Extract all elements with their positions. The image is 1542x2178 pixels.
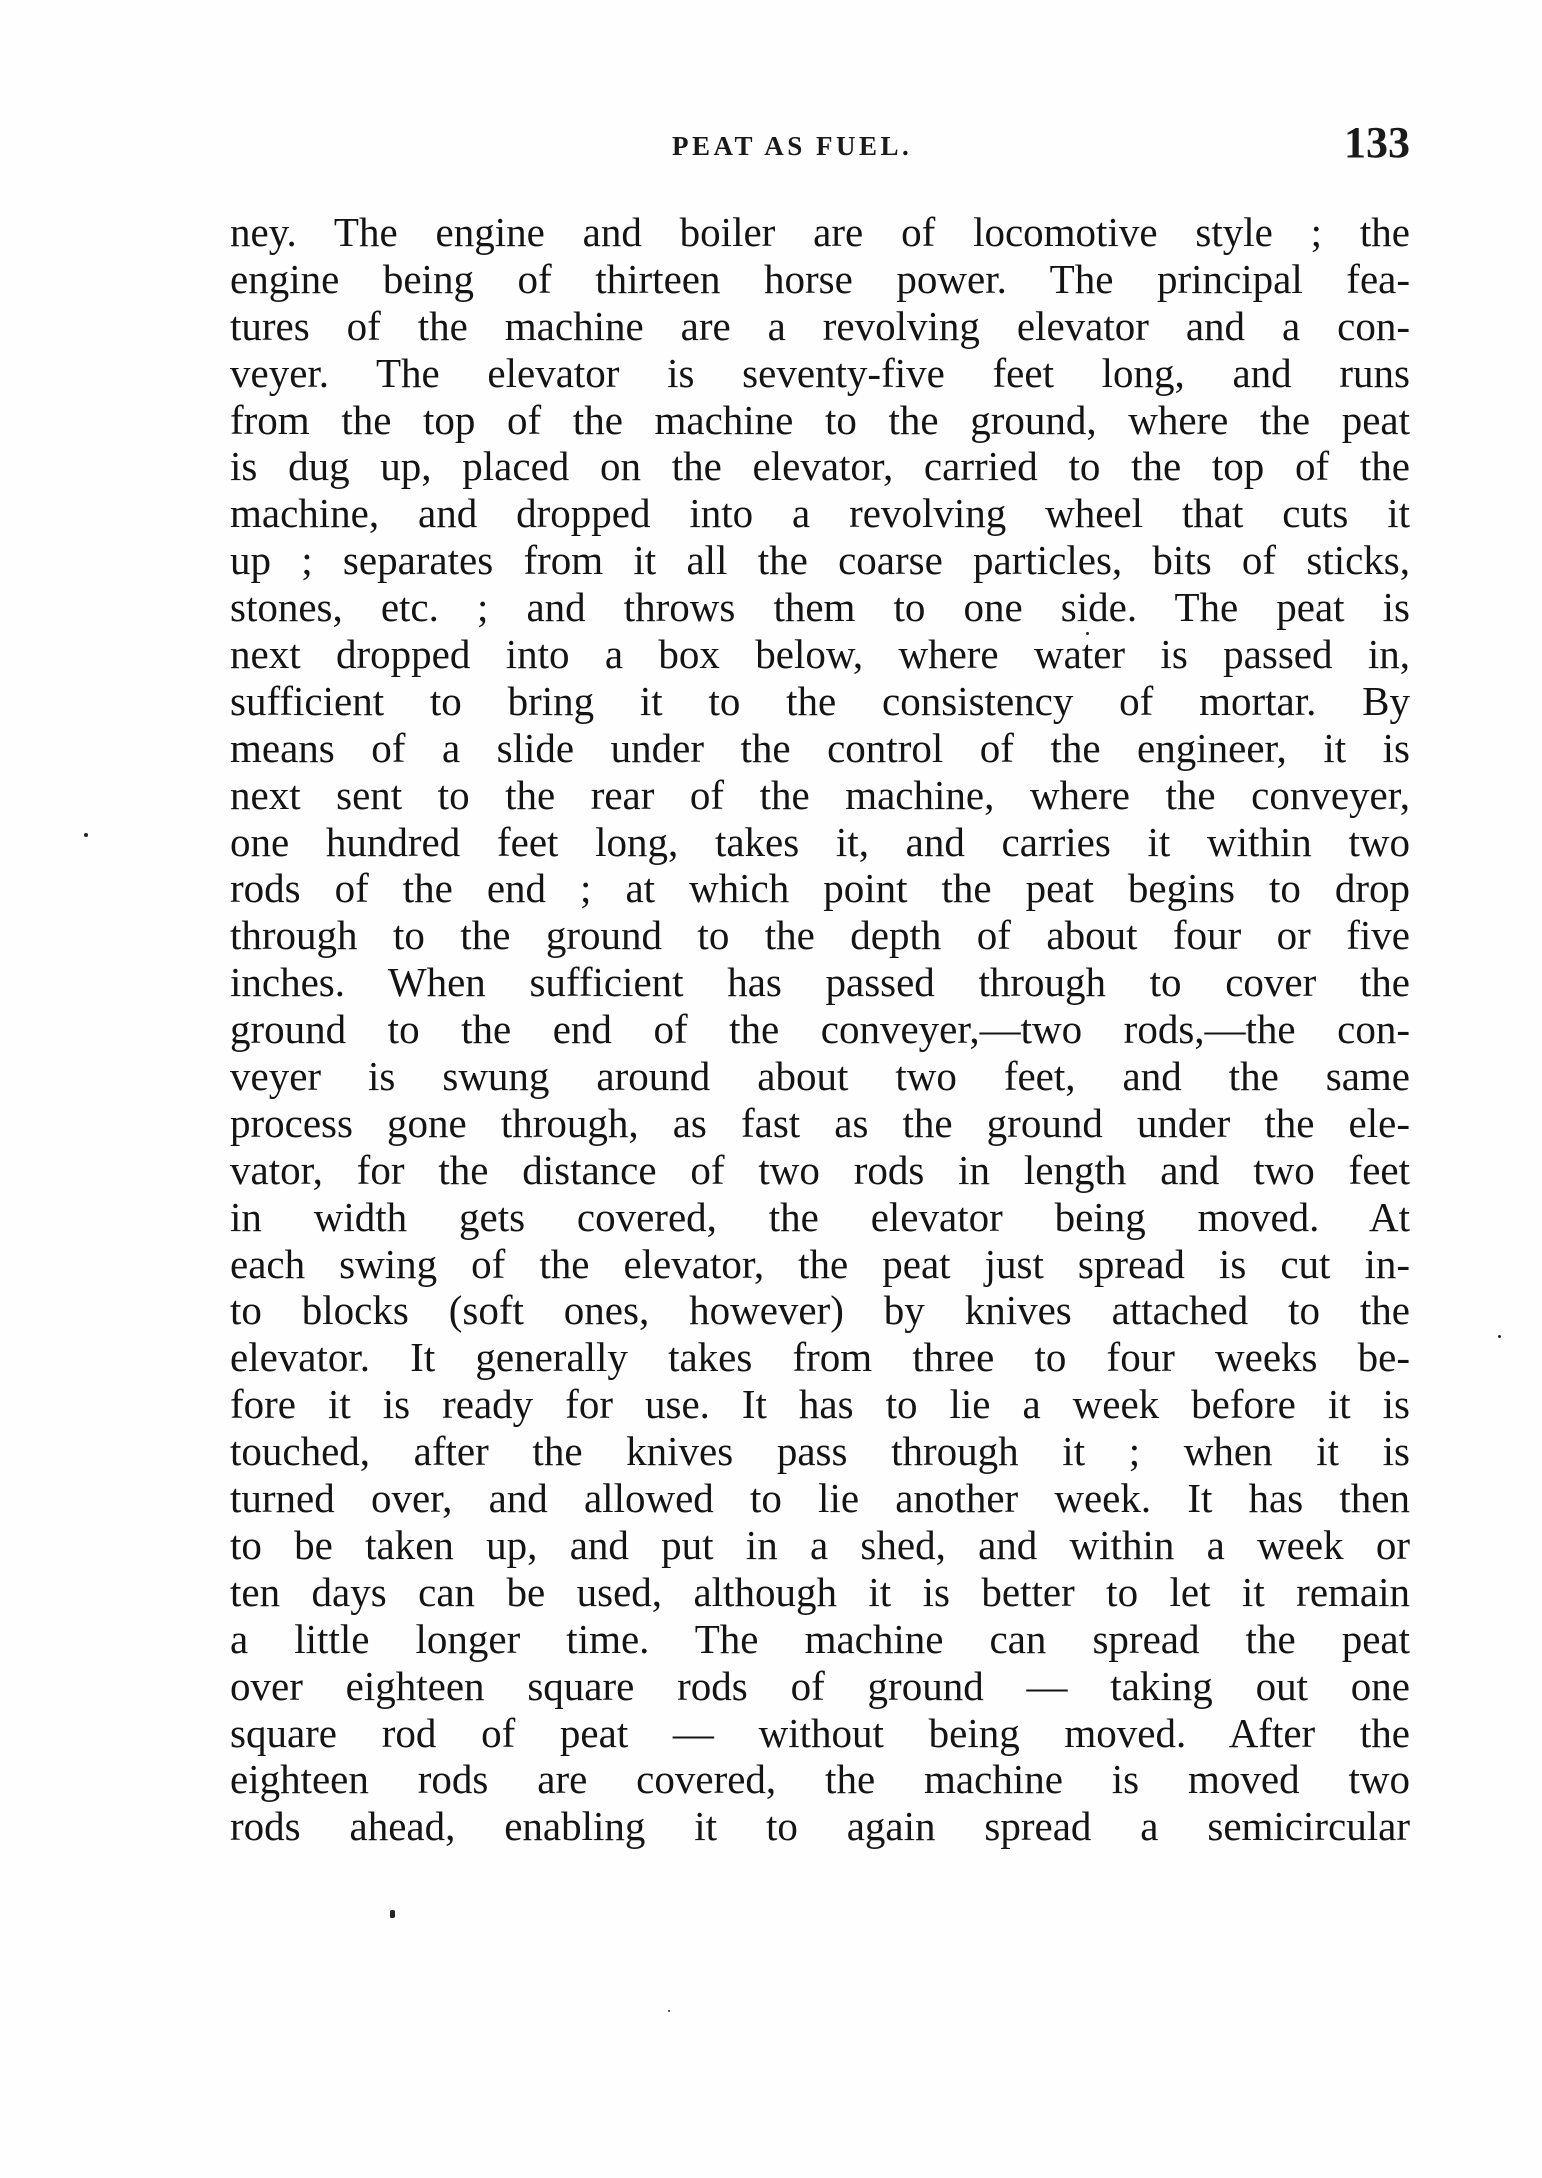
text-line: tures of the machine are a revolving ele… [230,303,1410,350]
scan-speck [1498,1335,1501,1338]
text-line: eighteen rods are covered, the machine i… [230,1756,1410,1803]
text-line: is dug up, placed on the elevator, carri… [230,443,1410,490]
text-line: engine being of thirteen horse power. Th… [230,256,1410,303]
text-line: inches. When sufficient has passed throu… [230,959,1410,1006]
text-line: turned over, and allowed to lie another … [230,1475,1410,1522]
body-text: ney. The engine and boiler are of locomo… [230,209,1410,1850]
scan-speck [1086,632,1089,635]
text-line: through to the ground to the depth of ab… [230,912,1410,959]
text-line: means of a slide under the control of th… [230,725,1410,772]
text-line: up ; separates from it all the coarse pa… [230,537,1410,584]
page-number: 133 [1338,117,1410,168]
running-head-title: PEAT AS FUEL. [672,131,912,162]
text-line: rods of the end ; at which point the pea… [230,865,1410,912]
text-line: to blocks (soft ones, however) by knives… [230,1287,1410,1334]
text-line: veyer. The elevator is seventy-five feet… [230,350,1410,397]
text-line: stones, etc. ; and throws them to one si… [230,584,1410,631]
text-line: veyer is swung around about two feet, an… [230,1053,1410,1100]
book-page: PEAT AS FUEL. 133 ney. The engine and bo… [0,0,1542,2178]
text-line: one hundred feet long, takes it, and car… [230,819,1410,866]
text-line: next sent to the rear of the machine, wh… [230,772,1410,819]
text-line: next dropped into a box below, where wat… [230,631,1410,678]
text-line: fore it is ready for use. It has to lie … [230,1381,1410,1428]
scan-speck [390,1910,395,1918]
text-line: ground to the end of the conveyer,—two r… [230,1006,1410,1053]
text-line: each swing of the elevator, the peat jus… [230,1241,1410,1288]
text-line: process gone through, as fast as the gro… [230,1100,1410,1147]
text-line: vator, for the distance of two rods in l… [230,1147,1410,1194]
text-line: sufficient to bring it to the consistenc… [230,678,1410,725]
text-line: touched, after the knives pass through i… [230,1428,1410,1475]
text-line: square rod of peat — without being moved… [230,1710,1410,1757]
scan-speck [668,2010,670,2012]
text-line: rods ahead, enabling it to again spread … [230,1803,1410,1850]
scan-speck [84,833,88,837]
text-line: over eighteen square rods of ground — ta… [230,1663,1410,1710]
text-line: in width gets covered, the elevator bein… [230,1194,1410,1241]
text-line: to be taken up, and put in a shed, and w… [230,1522,1410,1569]
text-line: machine, and dropped into a revolving wh… [230,490,1410,537]
text-line: a little longer time. The machine can sp… [230,1616,1410,1663]
text-line: elevator. It generally takes from three … [230,1334,1410,1381]
text-line: ney. The engine and boiler are of locomo… [230,209,1410,256]
text-line: from the top of the machine to the groun… [230,397,1410,444]
text-line: ten days can be used, although it is bet… [230,1569,1410,1616]
